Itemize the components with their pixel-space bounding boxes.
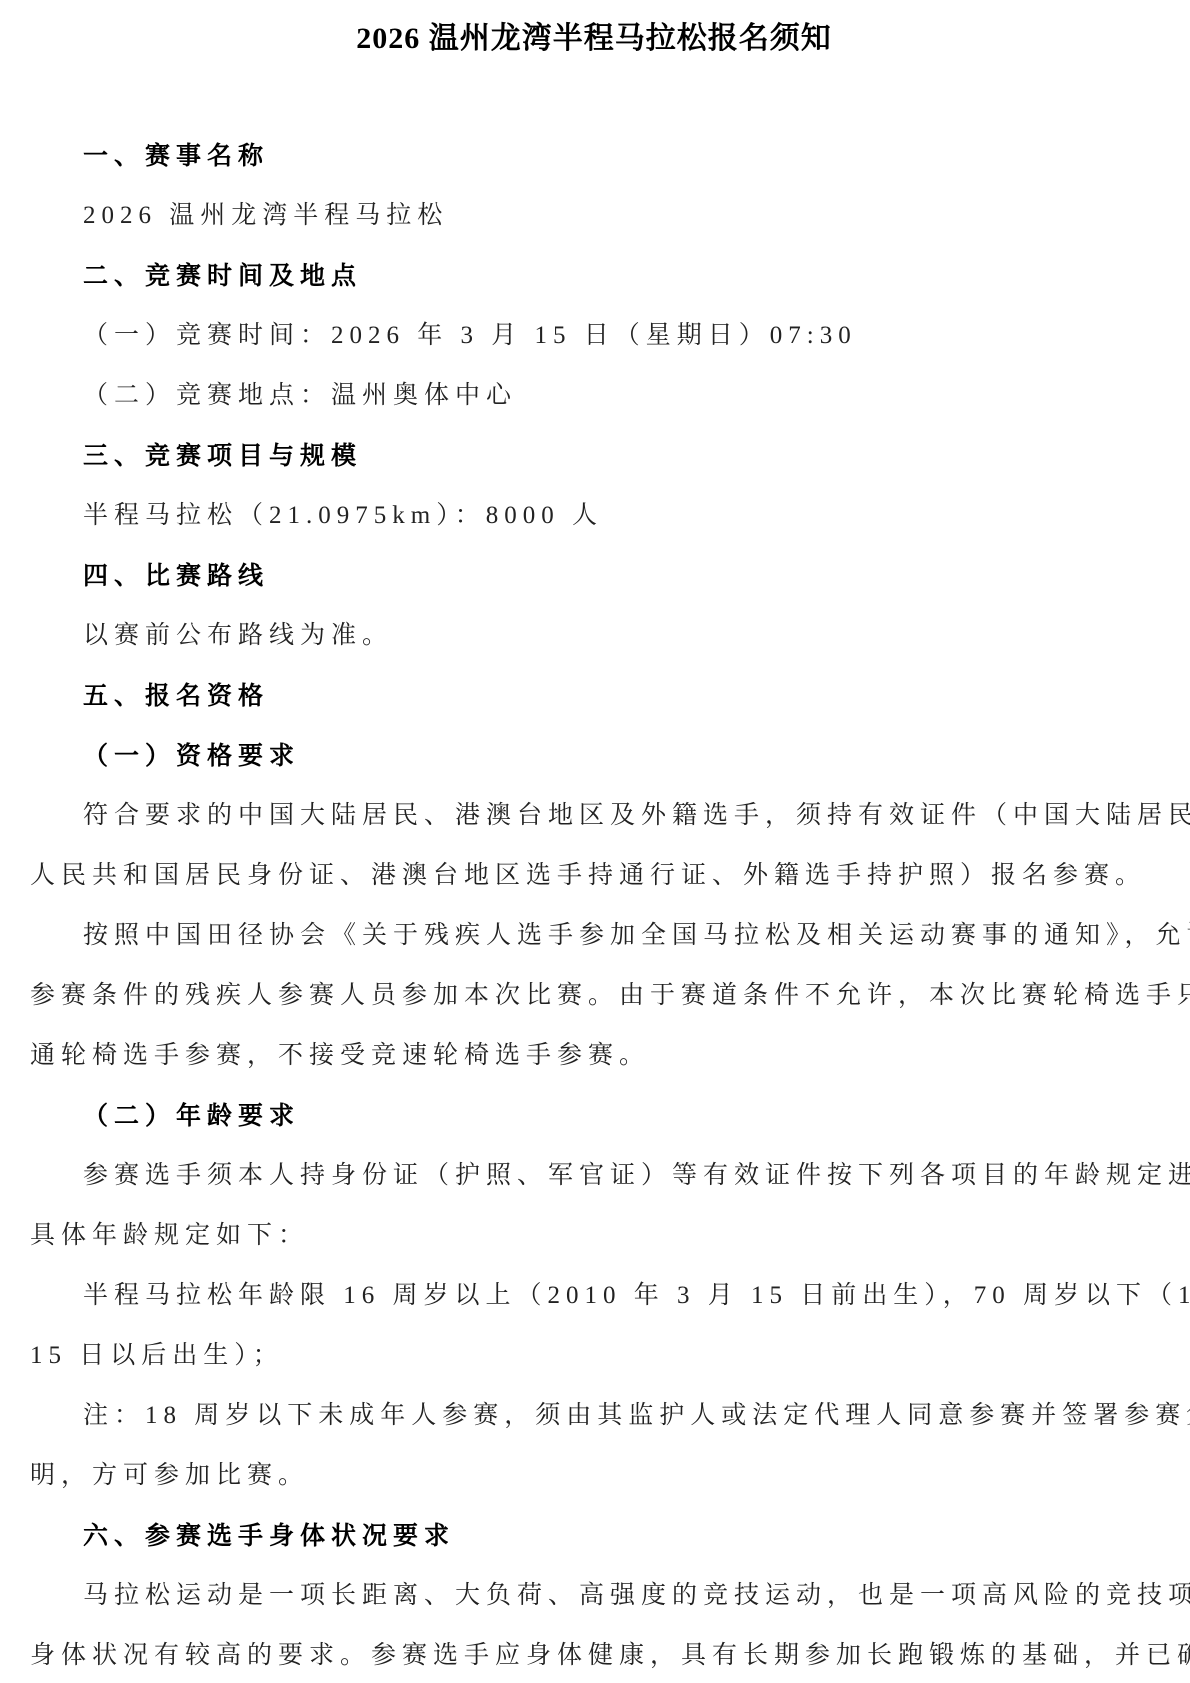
para-disabled-line-1: 按照中国田径协会《关于残疾人选手参加全国马拉松及相关运动赛事的通知》，允许符合 xyxy=(30,906,1158,966)
heading-event-name: 一、赛事名称 xyxy=(30,126,1158,186)
para-age-line-1: 参赛选手须本人持身份证（护照、军官证）等有效证件按下列各项目的年龄规定进行报名。 xyxy=(30,1146,1158,1206)
document-page: 2026 温州龙湾半程马拉松报名须知 一、赛事名称 2026 温州龙湾半程马拉松… xyxy=(0,0,1190,1683)
body-competition-time: （一）竞赛时间：2026 年 3 月 15 日（星期日）07:30 xyxy=(30,306,1158,366)
para-minor-note-line-2: 明，方可参加比赛。 xyxy=(30,1446,1158,1506)
para-qualification-line-2: 人民共和国居民身份证、港澳台地区选手持通行证、外籍选手持护照）报名参赛。 xyxy=(30,846,1158,906)
subheading-age-requirement: （二）年龄要求 xyxy=(30,1086,1158,1146)
heading-events-and-scale: 三、竞赛项目与规模 xyxy=(30,426,1158,486)
body-race-route: 以赛前公布路线为准。 xyxy=(30,606,1158,666)
para-health-line-2: 身体状况有较高的要求。参赛选手应身体健康，具有长期参加长跑锻炼的基础，并已确认参… xyxy=(30,1626,1158,1683)
para-half-marathon-age-line-1: 半程马拉松年龄限 16 周岁以上（2010 年 3 月 15 日前出生），70 … xyxy=(30,1266,1158,1326)
para-qualification-line-1: 符合要求的中国大陆居民、港澳台地区及外籍选手，须持有效证件（中国大陆居民持中华 xyxy=(30,786,1158,846)
title-block: 2026 温州龙湾半程马拉松报名须知 xyxy=(30,0,1158,126)
body-competition-place: （二）竞赛地点：温州奥体中心 xyxy=(30,366,1158,426)
heading-health-requirement: 六、参赛选手身体状况要求 xyxy=(30,1506,1158,1566)
document-content: 2026 温州龙湾半程马拉松报名须知 一、赛事名称 2026 温州龙湾半程马拉松… xyxy=(30,0,1158,1683)
body-events-and-scale: 半程马拉松（21.0975km）：8000 人 xyxy=(30,486,1158,546)
subheading-qualification: （一）资格要求 xyxy=(30,726,1158,786)
para-minor-note-line-1: 注：18 周岁以下未成年人参赛，须由其监护人或法定代理人同意参赛并签署参赛免责声 xyxy=(30,1386,1158,1446)
document-title: 2026 温州龙湾半程马拉松报名须知 xyxy=(30,21,1158,57)
para-age-line-2: 具体年龄规定如下： xyxy=(30,1206,1158,1266)
para-health-line-1: 马拉松运动是一项长距离、大负荷、高强度的竞技运动，也是一项高风险的竞技项目，对 xyxy=(30,1566,1158,1626)
body-event-name-value: 2026 温州龙湾半程马拉松 xyxy=(30,186,1158,246)
para-half-marathon-age-line-2: 15 日以后出生）； xyxy=(30,1326,1158,1386)
heading-time-and-place: 二、竞赛时间及地点 xyxy=(30,246,1158,306)
para-disabled-line-3: 通轮椅选手参赛，不接受竞速轮椅选手参赛。 xyxy=(30,1026,1158,1086)
heading-eligibility: 五、报名资格 xyxy=(30,666,1158,726)
para-disabled-line-2: 参赛条件的残疾人参赛人员参加本次比赛。由于赛道条件不允许，本次比赛轮椅选手只接受… xyxy=(30,966,1158,1026)
heading-race-route: 四、比赛路线 xyxy=(30,546,1158,606)
